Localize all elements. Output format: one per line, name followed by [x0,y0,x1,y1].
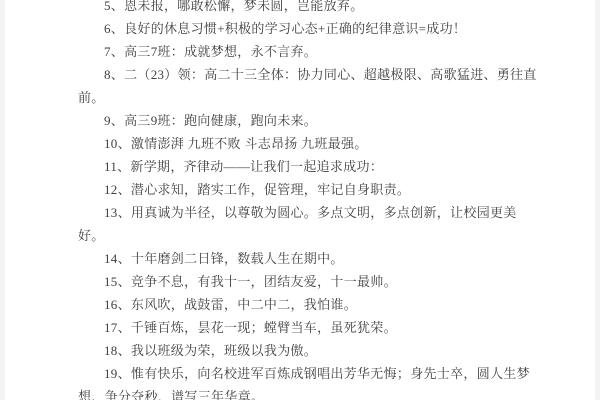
text-line: 6、良好的休息习惯+积极的学习心态+正确的纪律意识=成功！ [78,17,532,40]
text-line: 15、竞争不息，有我十一，团结友爱，十一最帅。 [78,270,532,293]
text-line: 好。 [78,224,532,247]
text-line: 14、十年磨剑二日锋，数载人生在期中。 [78,247,532,270]
text-line: 想，争分夺秒，谱写三年华章。 [78,385,532,400]
text-line: 18、我以班级为荣，班级以我为傲。 [78,339,532,362]
text-line: 9、高三9班：跑向健康，跑向未来。 [78,109,532,132]
document-page: 5、恩未报，哪敢松懈，梦未圆，岂能放弃。6、良好的休息习惯+积极的学习心态+正确… [0,0,600,400]
text-line: 13、用真诚为半径，以尊敬为圆心。多点文明，多点创新，让校园更美 [78,201,532,224]
text-line: 8、二（23）领：高二十三全体：协力同心、超越极限、高歌猛进、勇往直 [78,63,532,86]
text-line: 17、千锤百炼，昙花一现；螳臂当车，虽死犹荣。 [78,316,532,339]
text-line: 12、潜心求知，踏实工作，促管理，牢记自身职责。 [78,178,532,201]
text-line: 10、激情澎湃 九班不败 斗志昂扬 九班最强。 [78,132,532,155]
text-line: 19、惟有快乐，向名校进军百炼成钢唱出芳华无悔；身先士卒，圆人生梦 [78,362,532,385]
text-line: 前。 [78,86,532,109]
text-line: 11、新学期，齐律动——让我们一起追求成功： [78,155,532,178]
text-line: 7、高三7班：成就梦想，永不言弃。 [78,40,532,63]
text-line: 16、东风吹，战鼓雷，中二中二，我怕谁。 [78,293,532,316]
document-body: 5、恩未报，哪敢松懈，梦未圆，岂能放弃。6、良好的休息习惯+积极的学习心态+正确… [0,0,600,400]
text-line: 5、恩未报，哪敢松懈，梦未圆，岂能放弃。 [78,0,532,17]
